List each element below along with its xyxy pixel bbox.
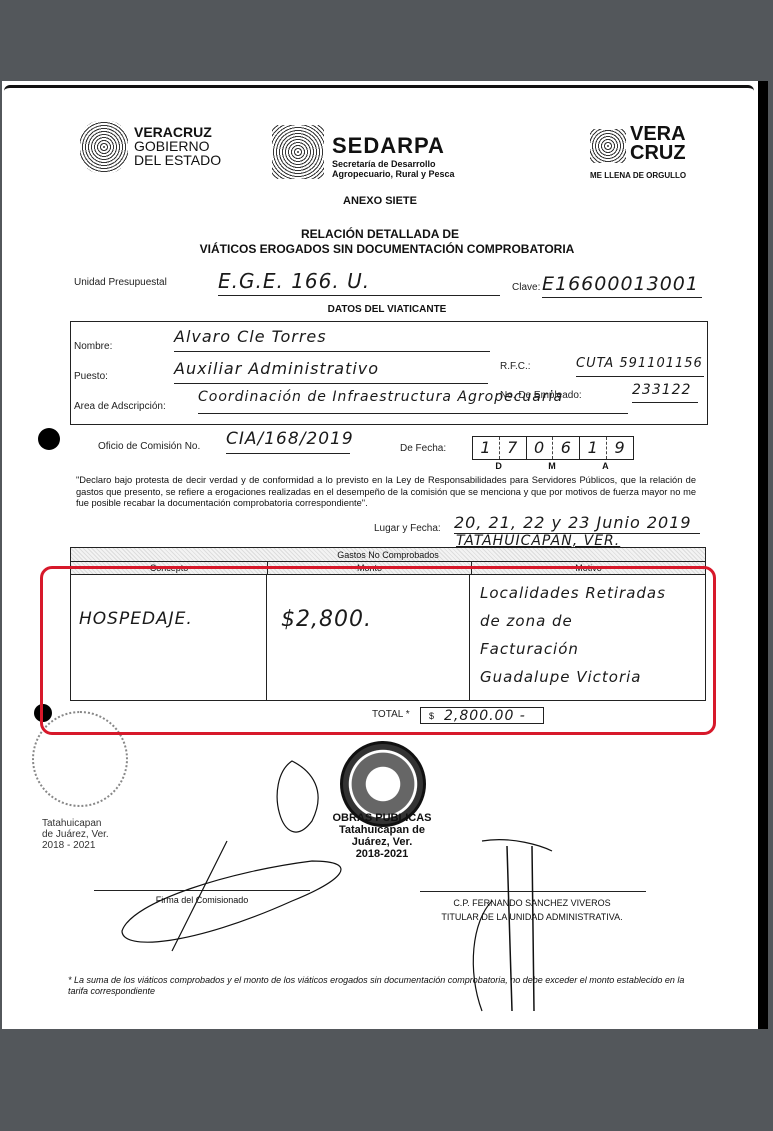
- logo-veracruz-line1: VERACRUZ: [134, 125, 221, 139]
- stamp-left-line1: Tatahuicapan: [42, 818, 109, 829]
- gastos-title: Gastos No Comprobados: [337, 550, 439, 560]
- logo-sedarpa: SEDARPA Secretaría de Desarrollo Agropec…: [332, 133, 455, 179]
- logo-veracruz-line3: DEL ESTADO: [134, 153, 221, 167]
- rfc-value: CUTA 591101156: [576, 356, 703, 371]
- puesto-value: Auxiliar Administrativo: [174, 359, 379, 378]
- document-page: VERACRUZ GOBIERNO DEL ESTADO SEDARPA Sec…: [2, 81, 758, 1029]
- oficio-value: CIA/168/2019: [226, 429, 354, 449]
- lugar-field[interactable]: 20, 21, 22 y 23 Junio 2019: [454, 513, 700, 534]
- nombre-label: Nombre:: [74, 341, 112, 352]
- fecha-digit: 9: [607, 437, 633, 459]
- cruz-text: CRUZ: [630, 144, 686, 163]
- unidad-label: Unidad Presupuestal: [74, 277, 167, 288]
- stamp-left-line2: de Juárez, Ver.: [42, 829, 109, 840]
- fecha-boxes[interactable]: 170619: [472, 436, 634, 460]
- rfc-label: R.F.C.:: [500, 361, 531, 372]
- doc-title-line1: RELACIÓN DETALLADA DE: [2, 227, 758, 241]
- veracruz-crest-icon: [80, 121, 128, 173]
- lugar-line1: 20, 21, 22 y 23 Junio 2019: [454, 513, 692, 532]
- annex-title: ANEXO SIETE: [2, 195, 758, 207]
- sedarpa-sub2: Agropecuario, Rural y Pesca: [332, 169, 455, 179]
- fecha-digit: 1: [473, 437, 500, 459]
- rfc-field[interactable]: CUTA 591101156: [576, 356, 704, 377]
- unidad-value: E.G.E. 166. U.: [218, 269, 370, 293]
- fecha-label: De Fecha:: [400, 443, 446, 454]
- puesto-field[interactable]: Auxiliar Administrativo: [174, 359, 488, 384]
- sedarpa-sub1: Secretaría de Desarrollo: [332, 159, 455, 169]
- highlight-annotation: [40, 566, 716, 735]
- veracruz-pattern-icon: [590, 129, 626, 163]
- declaration-text: "Declaro bajo protesta de decir verdad y…: [76, 475, 696, 510]
- fecha-digit: 7: [500, 437, 527, 459]
- footnote: * La suma de los viáticos comprobados y …: [68, 975, 688, 997]
- fecha-header: A: [579, 461, 632, 471]
- area-label: Area de Adscripción:: [74, 401, 166, 412]
- clave-value: E16600013001: [542, 273, 699, 295]
- empleado-field[interactable]: 233122: [632, 382, 698, 403]
- nombre-field[interactable]: Alvaro Cle Torres: [174, 327, 490, 352]
- signature-commissioned-icon: [112, 751, 372, 951]
- oficio-field[interactable]: CIA/168/2019: [226, 429, 350, 454]
- stamp-left-text: Tatahuicapan de Juárez, Ver. 2018 - 2021: [42, 818, 109, 851]
- sedarpa-shield-icon: [272, 125, 324, 179]
- logo-veracruz-line2: GOBIERNO: [134, 139, 221, 153]
- lugar-label: Lugar y Fecha:: [374, 523, 441, 534]
- logo-veracruz: VERACRUZ GOBIERNO DEL ESTADO: [134, 125, 221, 167]
- scan-edge: [4, 85, 754, 94]
- fecha-header: D: [472, 461, 525, 471]
- unidad-field[interactable]: E.G.E. 166. U.: [218, 269, 500, 296]
- nombre-value: Alvaro Cle Torres: [174, 327, 327, 346]
- section-viaticante: DATOS DEL VIATICANTE: [2, 304, 758, 315]
- scan-edge-right: [758, 81, 768, 1029]
- oficio-label: Oficio de Comisión No.: [98, 441, 200, 452]
- fecha-headers: DMA: [472, 461, 632, 471]
- stamp-left-line3: 2018 - 2021: [42, 840, 109, 851]
- logo-tagline: ME LLENA DE ORGULLO: [590, 171, 686, 180]
- fecha-digit: 6: [553, 437, 580, 459]
- empleado-value: 233122: [632, 382, 691, 398]
- logo-vera-cruz: VERA CRUZ: [630, 125, 686, 163]
- clave-label: Clave:: [512, 282, 540, 293]
- fecha-digit: 0: [527, 437, 554, 459]
- fecha-header: M: [525, 461, 578, 471]
- sedarpa-title: SEDARPA: [332, 133, 455, 159]
- clave-field[interactable]: E16600013001: [542, 273, 702, 298]
- empleado-label: No. De Empleado:: [500, 390, 582, 401]
- hole-punch-icon: [38, 428, 60, 450]
- puesto-label: Puesto:: [74, 371, 108, 382]
- fecha-digit: 1: [580, 437, 607, 459]
- doc-title-line2: VIÁTICOS EROGADOS SIN DOCUMENTACIÓN COMP…: [2, 242, 758, 256]
